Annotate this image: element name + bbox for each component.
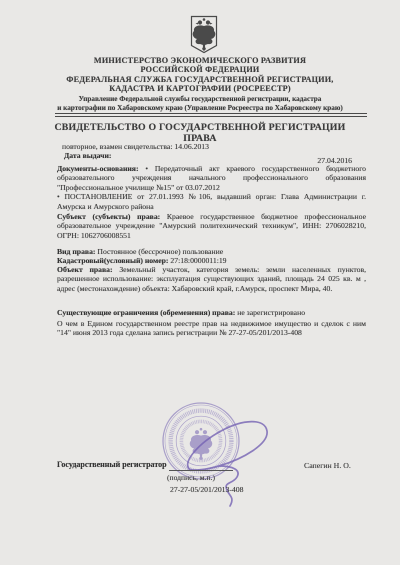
cadastral-number-section: Кадастровый(условный) номер: 27:18:00000… [57, 256, 366, 265]
subject-section: Субъект (субъекты) права: Краевое госуда… [57, 212, 366, 240]
basis-documents-label: Документы-основания: [57, 164, 139, 173]
signature-note: (подпись, м.п.) [167, 473, 215, 482]
basis-documents-section: Документы-основания: • Передаточный акт … [57, 164, 366, 211]
basis-document-item: • ПОСТАНОВЛЕНИЕ от 27.01.1993 №106, выда… [57, 192, 366, 211]
subject-label: Субъект (субъекты) права: [57, 212, 160, 221]
registrar-label: Государственный регистратор [57, 460, 167, 469]
header-divider [55, 113, 367, 117]
restrictions-label: Существующие ограничения (обременения) п… [57, 308, 235, 317]
registry-record-text: О чем в Едином государственном реестре п… [57, 319, 366, 338]
department-line: и картографии по Хабаровскому краю (Упра… [30, 104, 370, 113]
right-type-label: Вид права: [57, 247, 95, 256]
restrictions-section: Существующие ограничения (обременения) п… [57, 308, 366, 317]
cadastral-number-value: 27:18:0000011:19 [170, 256, 226, 265]
signature-line [169, 470, 233, 471]
object-of-right-label: Объект права: [57, 265, 113, 274]
russia-coat-of-arms-icon [190, 15, 218, 54]
agency-line: МИНИСТЕРСТВО ЭКОНОМИЧЕСКОГО РАЗВИТИЯ [30, 56, 370, 65]
right-type-value: Постоянное (бессрочное) пользование [97, 247, 223, 256]
cadastral-number-label: Кадастровый(условный) номер: [57, 256, 169, 265]
agency-header: МИНИСТЕРСТВО ЭКОНОМИЧЕСКОГО РАЗВИТИЯ РОС… [30, 56, 370, 113]
registrar-name: Сапегин Н. О. [304, 461, 351, 470]
agency-line: КАДАСТРА И КАРТОГРАФИИ (РОСРЕЕСТР) [30, 84, 370, 93]
object-of-right-section: Объект права: Земельный участок, категор… [57, 265, 366, 293]
basis-document-item: Документы-основания: • Передаточный акт … [57, 164, 366, 192]
agency-line: РОССИЙСКОЙ ФЕДЕРАЦИИ [30, 65, 370, 74]
repeat-note: повторное, взамен свидетельства: 14.06.2… [62, 142, 371, 151]
agency-line: ФЕДЕРАЛЬНАЯ СЛУЖБА ГОСУДАРСТВЕННОЙ РЕГИС… [30, 75, 370, 84]
right-type-section: Вид права: Постоянное (бессрочное) польз… [57, 247, 366, 256]
department-line: Управление Федеральной службы государств… [30, 95, 370, 104]
basis-document-text: • ПОСТАНОВЛЕНИЕ от 27.01.1993 №106, выда… [57, 192, 366, 210]
certificate-page: МИНИСТЕРСТВО ЭКОНОМИЧЕСКОГО РАЗВИТИЯ РОС… [0, 0, 400, 565]
document-title: СВИДЕТЕЛЬСТВО О ГОСУДАРСТВЕННОЙ РЕГИСТРА… [44, 122, 356, 144]
restrictions-value: не зарегистрировано [237, 308, 305, 317]
record-number: 27-27-05/201/2013-408 [170, 485, 243, 494]
